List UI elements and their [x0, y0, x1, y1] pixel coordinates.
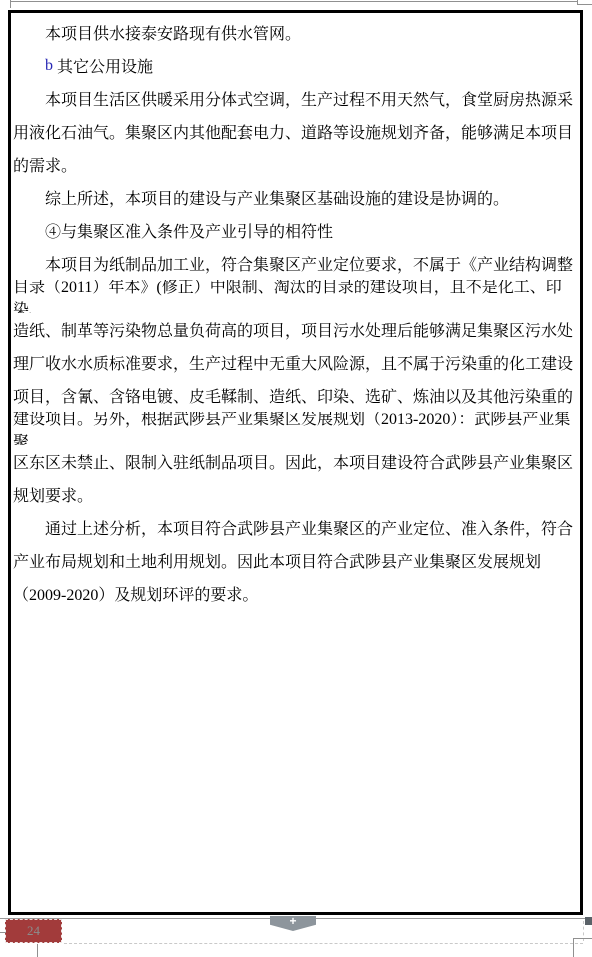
text-boundary-mark	[577, 4, 592, 5]
text-line: 目录（2011）年本》(修正）中限制、淘汰的目录的建设项目，且不是化工、印染、	[13, 280, 581, 313]
text-line: 规划要求。	[13, 478, 581, 511]
next-page-boundary-mark	[37, 944, 38, 957]
next-page-boundary-mark	[573, 938, 592, 939]
text-line: 区东区未禁止、限制入驻纸制品项目。因此，本项目建设符合武陟县产业集聚区	[13, 445, 581, 478]
page-number: 24	[27, 923, 40, 939]
text-line: 本项目为纸制品加工业，符合集聚区产业定位要求，不属于《产业结构调整	[13, 247, 581, 280]
footer-dashed-boundary	[64, 943, 583, 944]
text-line: 理厂收水水质标准要求，生产过程中无重大风险源，且不属于污染重的化工建设	[13, 346, 581, 379]
text-line: 用液化石油气。集聚区内其他配套电力、道路等设施规划齐备，能够满足本项目	[13, 115, 581, 148]
add-page-button[interactable]: +	[270, 916, 316, 931]
text-line: 通过上述分析，本项目符合武陟县产业集聚区的产业定位、准入条件，符合	[13, 511, 581, 544]
plus-icon: +	[289, 916, 296, 926]
list-marker-b: b	[45, 57, 53, 75]
text-line: ④与集聚区准入条件及产业引导的相符性	[13, 214, 581, 247]
margin-tick-mark	[0, 932, 6, 933]
text-line: 造纸、制革等污染物总量负荷高的项目，项目污水处理后能够满足集聚区污水处	[13, 313, 581, 346]
text-line: （2009-2020）及规划环评的要求。	[13, 577, 581, 610]
next-page-boundary-mark	[573, 938, 574, 957]
text-line: 本项目生活区供暖采用分体式空调，生产过程不用天然气，食堂厨房热源采	[13, 82, 581, 115]
document-view: 本项目供水接泰安路现有供水管网。 b 其它公用设施 本项目生活区供暖采用分体式空…	[0, 0, 592, 957]
text-line: 综上所述，本项目的建设与产业集聚区基础设施的建设是协调的。	[13, 181, 581, 214]
text-line: 项目，含氰、含铬电镀、皮毛鞣制、造纸、印染、选矿、炼油以及其他污染重的	[13, 379, 581, 412]
text-line: 的需求。	[13, 148, 581, 181]
text-line: 本项目供水接泰安路现有供水管网。	[13, 16, 581, 49]
text-boundary-mark	[10, 0, 11, 8]
text-boundary-mark	[11, 1, 578, 2]
text-line: 建设项目。另外，根据武陟县产业集聚区发展规划（2013-2020）：武陟县产业集…	[13, 412, 581, 445]
right-edge-handle[interactable]	[585, 917, 592, 925]
text-line-rest: 其它公用设施	[53, 54, 153, 77]
text-line: b 其它公用设施	[13, 49, 581, 82]
text-line: 产业布局规划和土地利用规划。因此本项目符合武陟县产业集聚区发展规划	[13, 544, 581, 577]
page-number-badge[interactable]: 24	[5, 919, 62, 943]
document-text-area[interactable]: 本项目供水接泰安路现有供水管网。 b 其它公用设施 本项目生活区供暖采用分体式空…	[13, 16, 581, 610]
